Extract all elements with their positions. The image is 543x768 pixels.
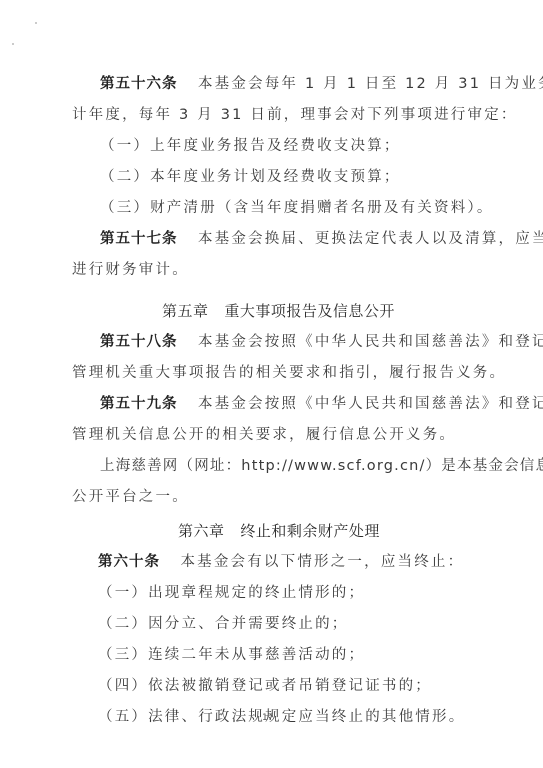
article-57-line-1: 第五十七条 本基金会换届、更换法定代表人以及清算，应当 — [100, 229, 543, 249]
article-60-item-1: （一）出现章程规定的终止情形的； — [98, 583, 365, 603]
document-page: 第五十六条 本基金会每年 1 月 1 日至 12 月 31 日为业务及会 计年度… — [0, 0, 543, 768]
article-58-line-2: 管理机关重大事项报告的相关要求和指引，履行报告义务。 — [72, 363, 506, 383]
article-56-item-3: （三）财产清册（含当年度捐赠者名册及有关资料）。 — [100, 198, 494, 218]
scan-speck — [12, 43, 14, 45]
article-57-title: 第五十七条 — [100, 231, 178, 247]
article-59-title: 第五十九条 — [100, 396, 178, 412]
article-59-website-line-1: 上海慈善网（网址：http://www.scf.org.cn/）是本基金会信息 — [100, 456, 543, 476]
article-56-title: 第五十六条 — [100, 76, 178, 92]
article-57-line-2: 进行财务审计。 — [72, 260, 189, 280]
article-59-website-line-2: 公开平台之一。 — [72, 487, 189, 507]
scan-speck — [35, 22, 37, 24]
chapter-5-heading: 第五章 重大事项报告及信息公开 — [162, 301, 395, 321]
page-number: 17 — [262, 713, 273, 723]
article-56-line-1: 第五十六条 本基金会每年 1 月 1 日至 12 月 31 日为业务及会 — [100, 74, 543, 94]
article-58-line-1: 第五十八条 本基金会按照《中华人民共和国慈善法》和登记 — [100, 332, 543, 352]
article-56-item-1: （一）上年度业务报告及经费收支决算； — [100, 136, 401, 156]
article-60-item-2: （二）因分立、合并需要终止的； — [98, 614, 349, 634]
article-60-item-4: （四）依法被撤销登记或者吊销登记证书的； — [98, 676, 432, 696]
article-60-item-5: （五）法律、行政法规规定应当终止的其他情形。 — [98, 707, 465, 727]
chapter-6-heading: 第六章 终止和剩余财产处理 — [178, 521, 380, 541]
article-59-line-2: 管理机关信息公开的相关要求，履行信息公开义务。 — [72, 425, 456, 445]
article-59-line-1: 第五十九条 本基金会按照《中华人民共和国慈善法》和登记 — [100, 394, 543, 414]
article-56-item-2: （二）本年度业务计划及经费收支预算； — [100, 167, 401, 187]
article-58-title: 第五十八条 — [100, 334, 178, 350]
article-60-item-3: （三）连续二年未从事慈善活动的； — [98, 645, 365, 665]
article-60-title: 第六十条 — [98, 554, 160, 570]
article-56-line-2: 计年度，每年 3 月 31 日前，理事会对下列事项进行审定： — [72, 105, 518, 125]
article-60-line-1: 第六十条 本基金会有以下情形之一，应当终止： — [98, 552, 464, 572]
